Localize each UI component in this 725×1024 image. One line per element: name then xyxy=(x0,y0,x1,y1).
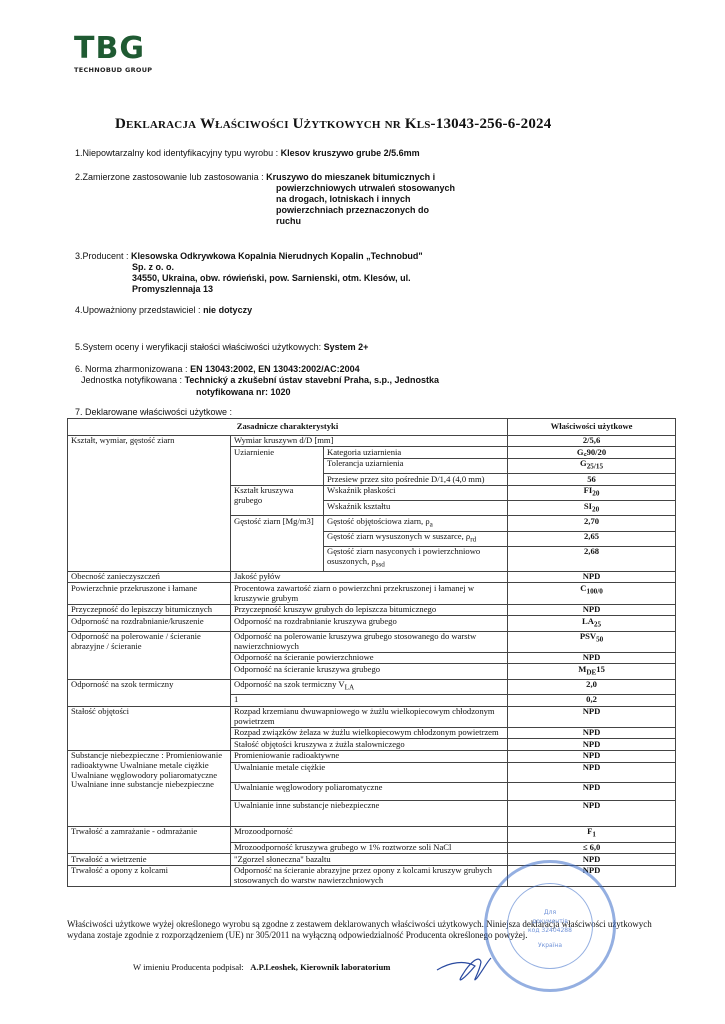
stamp-inner: Для документів код 32404288 Україна xyxy=(507,883,593,969)
table-row: Kształt, wymiar, gęstość ziarn Wymiar kr… xyxy=(68,435,676,447)
row-property: Gęstość ziarn wysuszonych w suszarce, ρr… xyxy=(324,531,508,546)
value-subscript: 1 xyxy=(592,831,596,839)
row-value: ≤ 6,0 xyxy=(508,842,676,854)
company-logo: TBG TECHNOBUD GROUP xyxy=(74,34,152,74)
stamp-line: Україна xyxy=(508,941,592,950)
section-3-value: Klesowska Odkrywkowa Kopalnia Nierudnych… xyxy=(131,251,423,261)
row-value: NPD xyxy=(508,571,676,583)
section-5-label: 5.System oceny i weryfikacji stałości wł… xyxy=(75,342,324,352)
table-row: Odporność na polerowanie / ścieranie abr… xyxy=(68,631,676,652)
row-value: LA25 xyxy=(508,616,676,631)
row-characteristic: Odporność na polerowanie / ścieranie abr… xyxy=(68,631,231,679)
row-characteristic: Odporność na rozdrabnianie/kruszenie xyxy=(68,616,231,631)
row-property: Wskaźnik kształtu xyxy=(324,501,508,516)
value-subscript: 50 xyxy=(596,636,603,644)
row-property: Odporność na polerowanie kruszywa grubeg… xyxy=(231,631,508,652)
value-subscript: 20 xyxy=(592,505,599,513)
row-property: Rozpad krzemianu dwuwapniowego w żużlu w… xyxy=(231,706,508,727)
section-2-line: na drogach, lotniskach i innych xyxy=(276,194,455,205)
row-property: Odporność na ścieranie kruszywa grubego xyxy=(231,664,508,679)
row-value: 2,68 xyxy=(508,546,676,571)
value-main: FI xyxy=(584,485,593,495)
row-property: Kategoria uziarnienia xyxy=(324,447,508,459)
section-4: 4.Upoważniony przedstawiciel : nie dotyc… xyxy=(75,305,252,316)
row-value: G25/15 xyxy=(508,458,676,473)
section-2-value: Kruszywo do mieszanek bitumicznych i xyxy=(266,172,435,182)
row-value: NPD xyxy=(508,739,676,751)
section-3-label: 3.Producent : xyxy=(75,251,131,261)
row-characteristic: Kształt, wymiar, gęstość ziarn xyxy=(68,435,231,571)
row-property: 1 xyxy=(231,694,508,706)
section-1-value: Klesov kruszywo grube 2/5.6mm xyxy=(281,148,420,158)
row-value: MDE15 xyxy=(508,664,676,679)
row-value: NPD xyxy=(508,604,676,616)
signed-by: A.P.Leoshek, Kierownik laboratorium xyxy=(250,962,390,972)
section-3-line: 34550, Ukraina, obw. rówieński, pow. Sar… xyxy=(132,273,411,284)
section-7-label: 7. Deklarowane właściwości użytkowe : xyxy=(75,407,232,418)
row-property: Wskaźnik płaskości xyxy=(324,485,508,500)
row-property: Przyczepność kruszyw grubych do lepiszcz… xyxy=(231,604,508,616)
row-value: C100/0 xyxy=(508,583,676,604)
section-3-continuation: Sp. z o. o. 34550, Ukraina, obw. rówieńs… xyxy=(132,262,411,295)
value-subscript: DE xyxy=(586,669,596,677)
value-subscript: 20 xyxy=(592,490,599,498)
row-subcharacteristic: Wymiar kruszywn d/D [mm] xyxy=(231,435,508,447)
notified-body-continuation: notyfikowana nr: 1020 xyxy=(196,387,291,398)
value-main: G xyxy=(580,458,587,468)
section-2-continuation: powierzchniowych utrwaleń stosowanych na… xyxy=(276,183,455,227)
row-property: Odporność na ścieranie abrazyjne przez o… xyxy=(231,865,508,886)
row-value: NPD xyxy=(508,706,676,727)
row-characteristic: Trwałość a wietrzenie xyxy=(68,854,231,866)
value-main: LA xyxy=(582,616,594,626)
section-2-label: 2.Zamierzone zastosowanie lub zastosowan… xyxy=(75,172,266,182)
table-row: Substancje niebezpieczne : Promieniowani… xyxy=(68,750,676,762)
table-row: Obecność zanieczyszczeń Jakość pyłów NPD xyxy=(68,571,676,583)
table-row: Odporność na szok termiczny Odporność na… xyxy=(68,679,676,694)
property-text: Odporność na szok termiczny V xyxy=(234,679,345,689)
row-characteristic: Odporność na szok termiczny xyxy=(68,679,231,706)
row-value: F1 xyxy=(508,826,676,842)
row-value: NPD xyxy=(508,762,676,782)
signed-label: W imieniu Producenta podpisał: xyxy=(133,962,244,972)
section-6-value: EN 13043:2002, EN 13043:2002/AC:2004 xyxy=(190,364,360,374)
section-3: 3.Producent : Klesowska Odkrywkowa Kopal… xyxy=(75,251,423,262)
row-value: FI20 xyxy=(508,485,676,500)
row-value: SI20 xyxy=(508,501,676,516)
row-property: Jakość pyłów xyxy=(231,571,508,583)
row-value: PSV50 xyxy=(508,631,676,652)
row-value: 2,70 xyxy=(508,516,676,531)
notified-body-value: Technický a zkušební ústav stavební Prah… xyxy=(185,375,439,385)
section-1: 1.Niepowtarzalny kod identyfikacyjny typ… xyxy=(75,148,420,159)
table-row: Powierzchnie przekruszone i łamane Proce… xyxy=(68,583,676,604)
property-text: Gęstość objętościowa ziarn, ρ xyxy=(327,516,430,526)
section-6-notified-body: Jednostka notyfikowana : Technický a zku… xyxy=(81,375,439,386)
section-2-line: ruchu xyxy=(276,216,455,227)
row-value: 0,2 xyxy=(508,694,676,706)
property-subscript: rd xyxy=(470,536,476,544)
row-property: Uwalnianie inne substancje niebezpieczne xyxy=(231,800,508,826)
section-6-label: 6. Norma zharmonizowana : xyxy=(75,364,190,374)
row-property: Stałość objętości kruszywa z żużla stalo… xyxy=(231,739,508,751)
row-value: G꜀90/20 xyxy=(508,447,676,459)
value-tail: 15 xyxy=(596,664,605,674)
row-property: Uwalnianie węglowodory poliaromatyczne xyxy=(231,782,508,800)
handwritten-signature-icon xyxy=(435,948,495,988)
stamp-line: Для xyxy=(508,908,592,917)
stamp-line: код 32404288 xyxy=(508,926,592,935)
row-property: Odporność na ścieranie powierzchniowe xyxy=(231,652,508,664)
table-row: Trwałość a wietrzenie "Zgorzel słoneczna… xyxy=(68,854,676,866)
row-property: "Zgorzel słoneczna" bazaltu xyxy=(231,854,508,866)
row-value: NPD xyxy=(508,727,676,739)
value-main: SI xyxy=(584,501,592,511)
row-property: Mrozoodporność kruszywa grubego w 1% roz… xyxy=(231,842,508,854)
logo-subtitle: TECHNOBUD GROUP xyxy=(74,66,152,74)
table-row: Trwałość a zamrażanie - odmrażanie Mrozo… xyxy=(68,826,676,842)
section-1-label: 1.Niepowtarzalny kod identyfikacyjny typ… xyxy=(75,148,281,158)
row-characteristic: Trwałość a zamrażanie - odmrażanie xyxy=(68,826,231,854)
row-value: 2,65 xyxy=(508,531,676,546)
property-subscript: a xyxy=(430,521,433,529)
row-property: Tolerancja uziarnienia xyxy=(324,458,508,473)
value-subscript: 25/15 xyxy=(587,463,603,471)
row-characteristic: Powierzchnie przekruszone i łamane xyxy=(68,583,231,604)
value-subscript: 25 xyxy=(594,620,601,628)
row-property: Odporność na szok termiczny VLA xyxy=(231,679,508,694)
row-property: Gęstość objętościowa ziarn, ρa xyxy=(324,516,508,531)
official-stamp-icon: Для документів код 32404288 Україна xyxy=(484,860,616,992)
value-subscript: 100/0 xyxy=(586,588,602,596)
header-performance: Właściwości użytkowe xyxy=(508,419,676,436)
row-characteristic: Substancje niebezpieczne : Promieniowani… xyxy=(68,750,231,826)
row-property: Procentowa zawartość ziarn o powierzchni… xyxy=(231,583,508,604)
section-3-line: Sp. z o. o. xyxy=(132,262,411,273)
row-characteristic: Trwałość a opony z kolcami xyxy=(68,865,231,886)
properties-table: Zasadnicze charakterystyki Właściwości u… xyxy=(67,418,676,887)
section-6: 6. Norma zharmonizowana : EN 13043:2002,… xyxy=(75,364,360,375)
row-value: 2/5,6 xyxy=(508,435,676,447)
row-subgroup: Uziarnienie xyxy=(231,447,324,486)
row-property: Przesiew przez sito pośrednie D/1,4 (4,0… xyxy=(324,474,508,486)
row-property: Gęstość ziarn nasyconych i powierzchniow… xyxy=(324,546,508,571)
row-value: NPD xyxy=(508,750,676,762)
row-value: 56 xyxy=(508,474,676,486)
signature-line: W imieniu Producenta podpisał: A.P.Leosh… xyxy=(133,962,390,972)
row-property: Odporność na rozdrabnianie kruszywa grub… xyxy=(231,616,508,631)
table-header-row: Zasadnicze charakterystyki Właściwości u… xyxy=(68,419,676,436)
row-property: Rozpad związków żelaza w żużlu wielkopie… xyxy=(231,727,508,739)
row-value: NPD xyxy=(508,782,676,800)
header-characteristics: Zasadnicze charakterystyki xyxy=(68,419,508,436)
section-5: 5.System oceny i weryfikacji stałości wł… xyxy=(75,342,368,353)
row-property: Mrozoodporność xyxy=(231,826,508,842)
row-characteristic: Stałość objętości xyxy=(68,706,231,750)
notified-body-label: Jednostka notyfikowana : xyxy=(81,375,185,385)
property-text: Gęstość ziarn nasyconych i powierzchniow… xyxy=(327,546,480,566)
section-3-line: Promyszlennaja 13 xyxy=(132,284,411,295)
section-2-line: powierzchniowych utrwaleń stosowanych xyxy=(276,183,455,194)
row-characteristic: Obecność zanieczyszczeń xyxy=(68,571,231,583)
row-property: Promieniowanie radioaktywne xyxy=(231,750,508,762)
row-subgroup: Kształt kruszywa grubego xyxy=(231,485,324,516)
logo-mark: TBG xyxy=(74,34,152,64)
row-characteristic: Przyczepność do lepiszczy bitumicznych xyxy=(68,604,231,616)
property-text: Gęstość ziarn wysuszonych w suszarce, ρ xyxy=(327,531,470,541)
property-subscript: ssd xyxy=(376,561,385,569)
section-2-line: powierzchniach przeznaczonych do xyxy=(276,205,455,216)
table-row: Stałość objętości Rozpad krzemianu dwuwa… xyxy=(68,706,676,727)
row-property: Uwalnianie metale ciężkie xyxy=(231,762,508,782)
value-main: PSV xyxy=(580,631,596,641)
row-value: 2,0 xyxy=(508,679,676,694)
row-subgroup: Gęstość ziarn [Mg/m3] xyxy=(231,516,324,572)
section-5-value: System 2+ xyxy=(324,342,369,352)
row-value: NPD xyxy=(508,800,676,826)
table-row: Odporność na rozdrabnianie/kruszenie Odp… xyxy=(68,616,676,631)
property-subscript: LA xyxy=(345,684,355,692)
document-title: Deklaracja Właściwości Użytkowych nr Kls… xyxy=(115,116,635,133)
row-value: NPD xyxy=(508,652,676,664)
section-2: 2.Zamierzone zastosowanie lub zastosowan… xyxy=(75,172,435,183)
table-row: Przyczepność do lepiszczy bitumicznych P… xyxy=(68,604,676,616)
section-4-label: 4.Upoważniony przedstawiciel : xyxy=(75,305,203,315)
stamp-line: документів xyxy=(508,917,592,926)
section-4-value: nie dotyczy xyxy=(203,305,252,315)
